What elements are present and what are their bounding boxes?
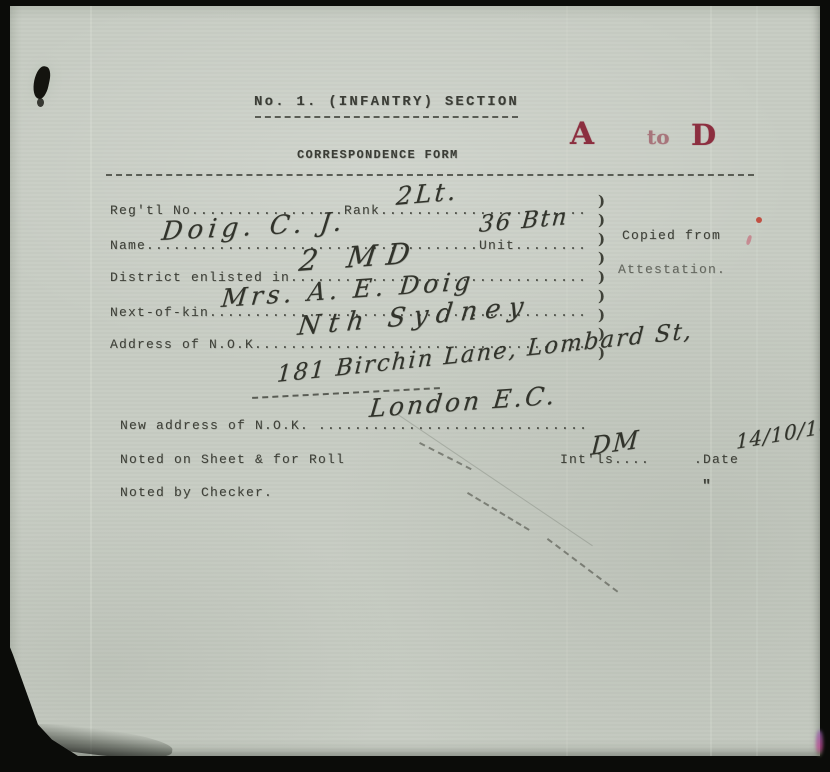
note-copied-from: Copied from	[622, 228, 721, 243]
paper-sheet: No. 1. (INFANTRY) SECTION CORRESPONDENCE…	[10, 6, 820, 756]
brace-paren: )	[598, 287, 605, 305]
stamp-word-to: to	[647, 125, 670, 149]
scan-background: { "colors": { "paper": "#c7ccc3", "ink":…	[0, 0, 830, 772]
form-title: CORRESPONDENCE FORM	[297, 148, 459, 162]
separator-dashed-line	[106, 174, 754, 176]
scan-edge-smudge	[816, 730, 823, 756]
ink-speck	[37, 98, 44, 107]
scratch-mark	[547, 538, 618, 593]
brace-paren: )	[598, 249, 605, 267]
brace-paren: )	[598, 211, 605, 229]
fold-line	[566, 6, 568, 756]
crease-line	[397, 414, 592, 546]
punch-hole-mark	[31, 65, 53, 100]
stamp-letter-d: D	[691, 118, 716, 152]
label-date: .Date	[694, 452, 739, 467]
fold-line	[90, 6, 92, 756]
note-attestation: Attestation.	[618, 262, 726, 277]
title-underline	[255, 116, 518, 118]
label-noted-on-sheet: Noted on Sheet & for Roll	[120, 452, 345, 467]
field-new-address: New address of N.O.K. ..................…	[120, 418, 588, 433]
brace-paren: )	[598, 192, 605, 210]
handwriting-new-address-2: London E.C.	[368, 381, 559, 423]
fold-line	[756, 6, 758, 756]
stamp-letter-a: A	[570, 116, 594, 152]
brace-paren: )	[598, 230, 605, 248]
pink-ink-mark	[746, 235, 753, 246]
label-noted-by-checker: Noted by Checker.	[120, 485, 273, 500]
brace-paren: )	[598, 268, 605, 286]
brace-paren: )	[598, 306, 605, 324]
section-title: No. 1. (INFANTRY) SECTION	[254, 94, 519, 110]
handwriting-rank: 2Lt.	[395, 176, 460, 211]
handwriting-date: 14/10/16	[736, 413, 830, 454]
ditto-mark: "	[702, 478, 712, 495]
red-ink-dot	[756, 217, 762, 223]
